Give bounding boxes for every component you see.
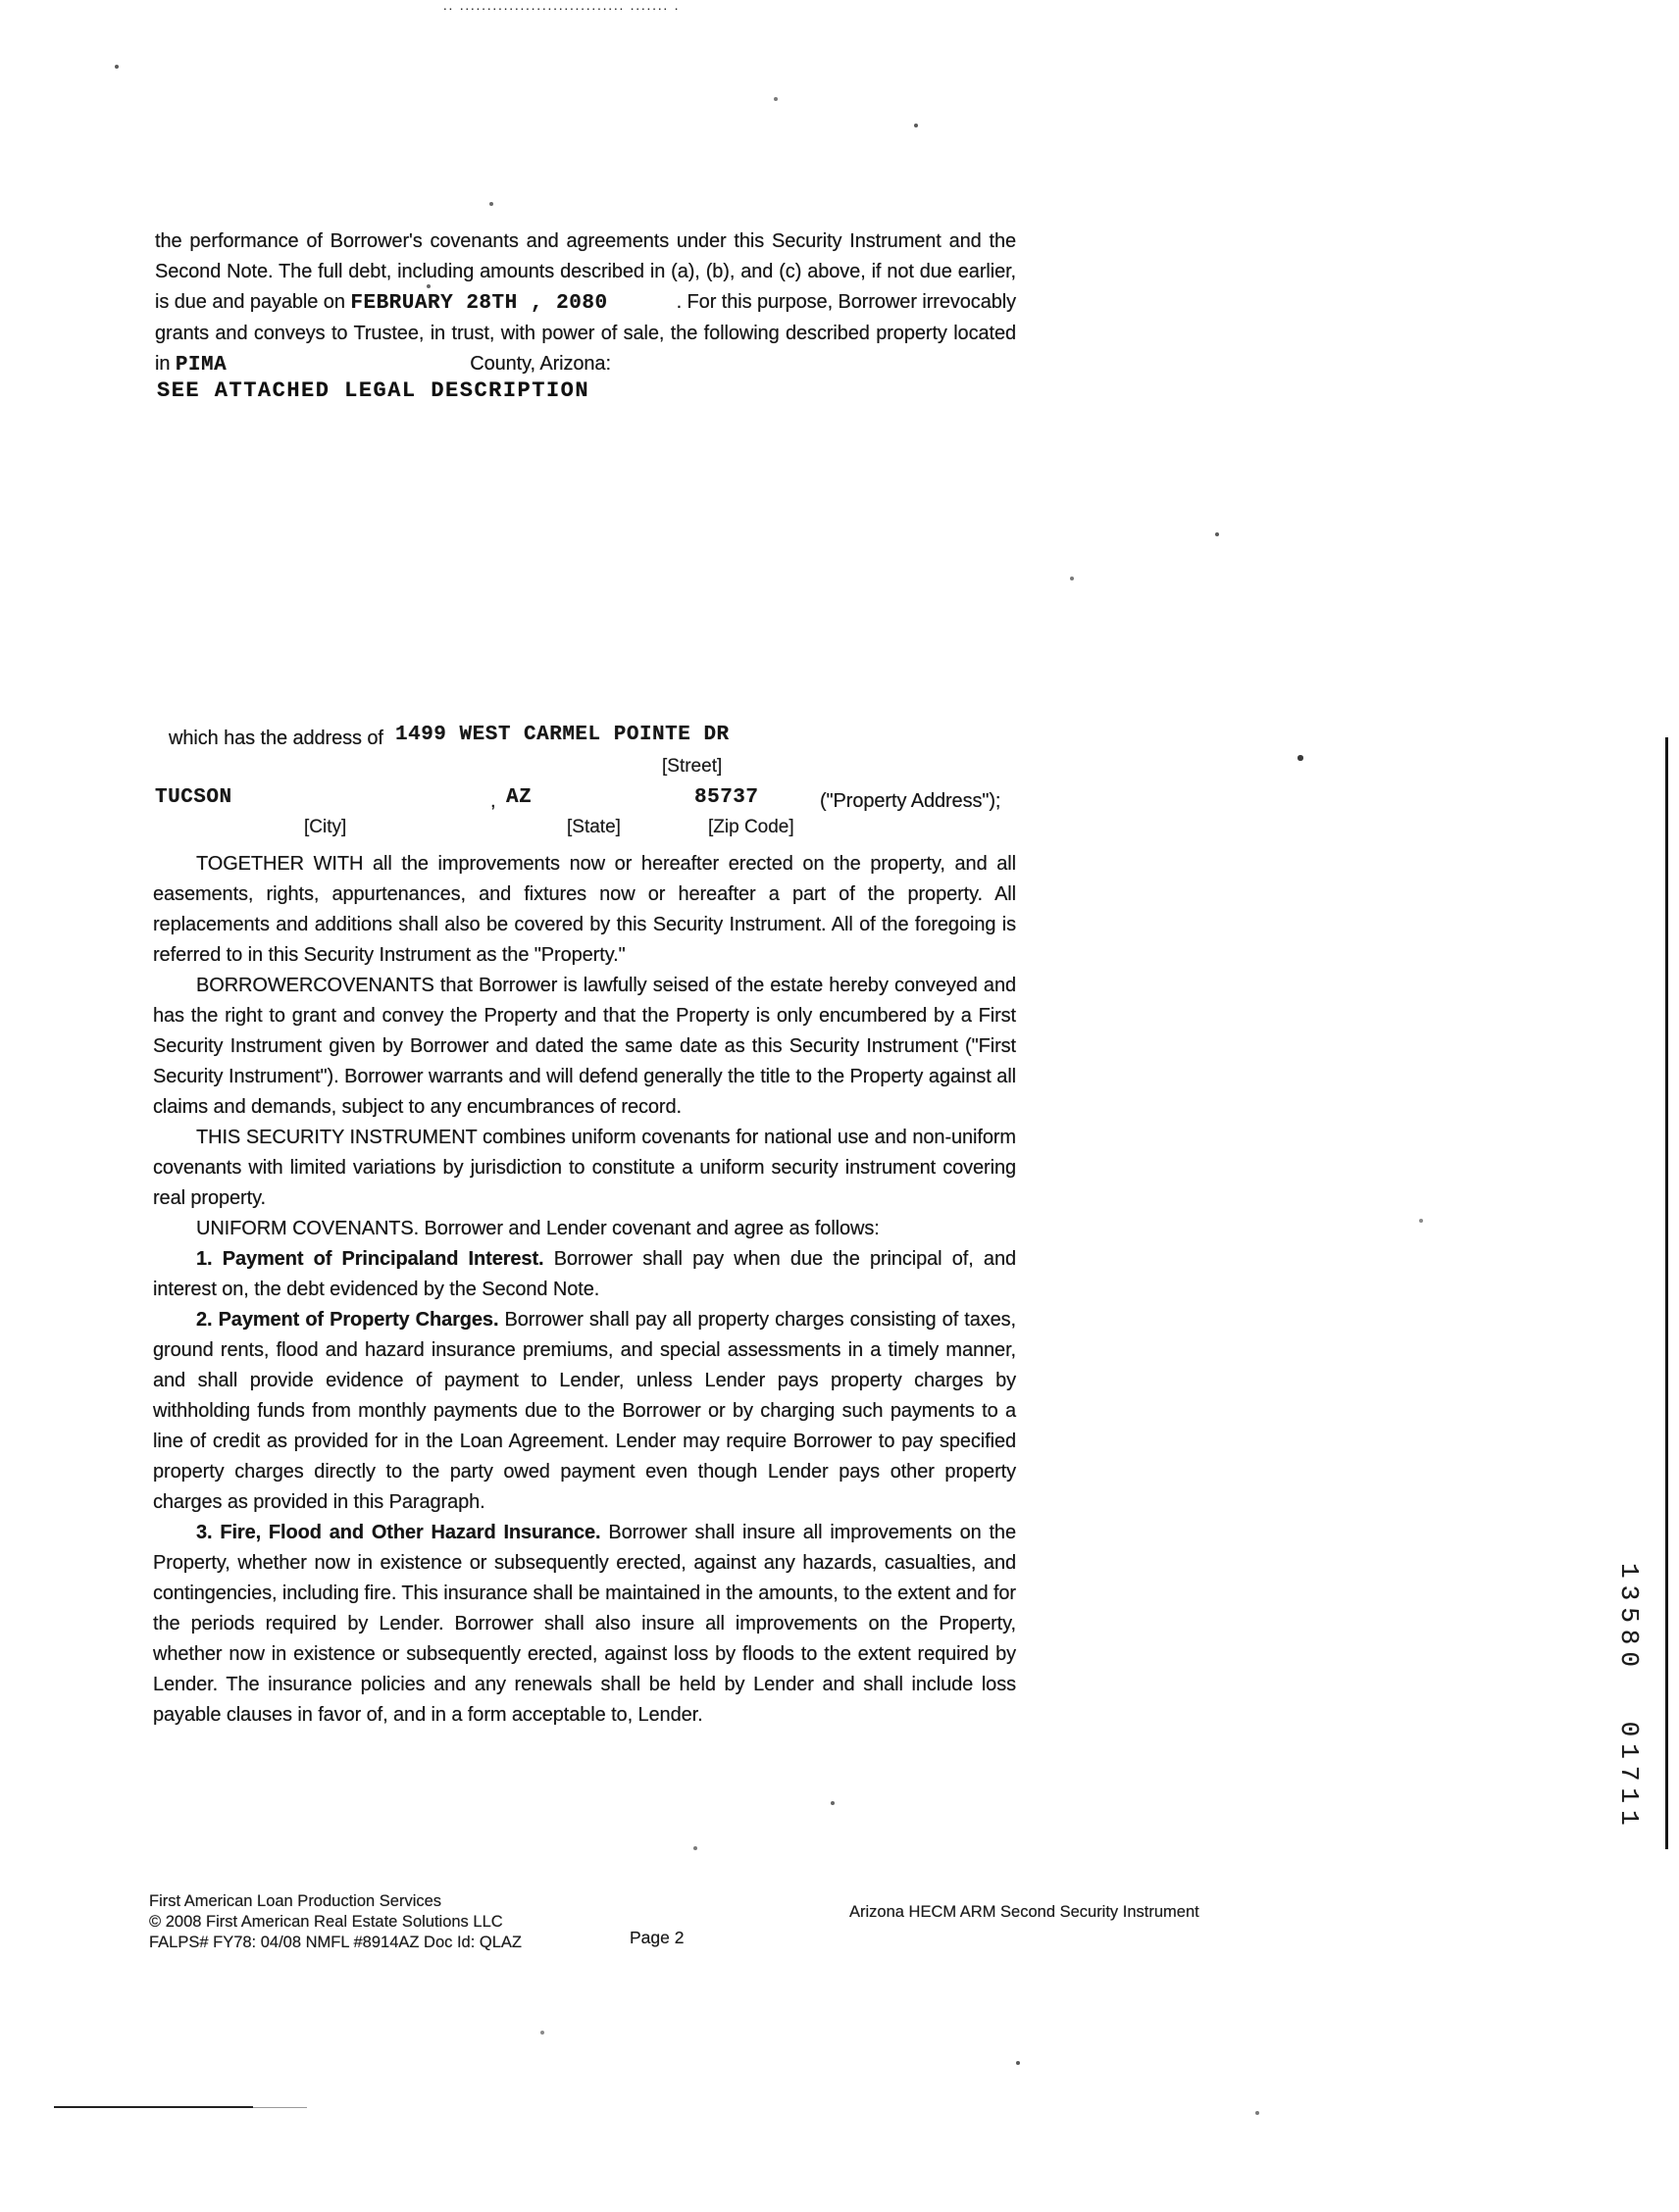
footer-company-line-2: © 2008 First American Real Estate Soluti… <box>149 1912 522 1933</box>
legal-description-block: SEE ATTACHED LEGAL DESCRIPTION <box>157 378 589 403</box>
legal-description-text: SEE ATTACHED LEGAL DESCRIPTION <box>157 378 589 403</box>
clause-3-text: Borrower shall insure all improvements o… <box>153 1522 1016 1726</box>
uniform-covenants-line: UNIFORM COVENANTS. Borrower and Lender c… <box>153 1214 1016 1244</box>
property-address-label: ("Property Address"); <box>820 786 1000 817</box>
clause-2-paragraph: 2. Payment of Property Charges. Borrower… <box>153 1305 1016 1518</box>
zip-value: 85737 <box>694 786 759 809</box>
page-number: Page 2 <box>630 1928 684 1948</box>
zip-label: [Zip Code] <box>708 817 794 838</box>
clause-2-heading: 2. Payment of Property Charges. <box>196 1309 498 1331</box>
covenants-body: TOGETHER WITH all the improvements now o… <box>153 849 1016 1731</box>
city-value: TUCSON <box>155 786 232 809</box>
scan-artifact-bottom-line <box>54 2106 253 2108</box>
county-value: PIMA <box>176 354 227 377</box>
street-label: [Street] <box>662 756 722 778</box>
clause-3-paragraph: 3. Fire, Flood and Other Hazard Insuranc… <box>153 1518 1016 1731</box>
city-label: [City] <box>304 817 346 838</box>
scan-noise <box>0 0 2 2</box>
due-date-value: FEBRUARY 28TH , 2080 <box>350 292 607 315</box>
city-state-zip-row: TUCSON , AZ 85737 ("Property Address"); <box>155 786 1038 818</box>
security-instrument-paragraph: THIS SECURITY INSTRUMENT combines unifor… <box>153 1123 1016 1214</box>
clause-2-text: Borrower shall pay all property charges … <box>153 1309 1016 1513</box>
intro-block: the performance of Borrower's covenants … <box>155 226 1016 380</box>
borrower-covenants-paragraph: BORROWERCOVENANTS that Borrower is lawfu… <box>153 971 1016 1123</box>
street-value: 1499 WEST CARMEL POINTE DR <box>395 724 730 746</box>
footer-document-name: Arizona HECM ARM Second Security Instrum… <box>849 1903 1199 1922</box>
vertical-reference-number: 13580 01711 <box>1614 1563 1644 1833</box>
intro-text-3: County, Arizona: <box>470 353 611 375</box>
street-label-row: [Street] <box>155 756 1038 787</box>
comma-separator: , <box>490 786 495 817</box>
address-street-row: which has the address of 1499 WEST CARME… <box>155 724 1038 755</box>
scan-artifact-bottom-line-faint <box>253 2107 307 2108</box>
intro-paragraph: the performance of Borrower's covenants … <box>155 226 1016 380</box>
state-label: [State] <box>567 817 621 838</box>
footer-company-block: First American Loan Production Services … <box>149 1891 522 1953</box>
clause-1-heading: 1. Payment of Principaland Interest. <box>196 1248 543 1270</box>
scan-artifact-top: .. .............................. ......… <box>443 0 738 13</box>
scan-edge-line <box>1665 737 1668 1849</box>
field-labels-row: [City] [State] [Zip Code] <box>155 817 1038 848</box>
clause-1-paragraph: 1. Payment of Principaland Interest. Bor… <box>153 1244 1016 1305</box>
address-lead: which has the address of <box>169 724 383 754</box>
scanned-document-page: .. .............................. ......… <box>0 0 1679 2212</box>
footer-company-line-1: First American Loan Production Services <box>149 1891 522 1912</box>
together-with-paragraph: TOGETHER WITH all the improvements now o… <box>153 849 1016 971</box>
footer-company-line-3: FALPS# FY78: 04/08 NMFL #8914AZ Doc Id: … <box>149 1933 522 1953</box>
state-value: AZ <box>506 786 532 809</box>
property-address-block: which has the address of 1499 WEST CARME… <box>155 724 1038 861</box>
clause-3-heading: 3. Fire, Flood and Other Hazard Insuranc… <box>196 1522 601 1543</box>
